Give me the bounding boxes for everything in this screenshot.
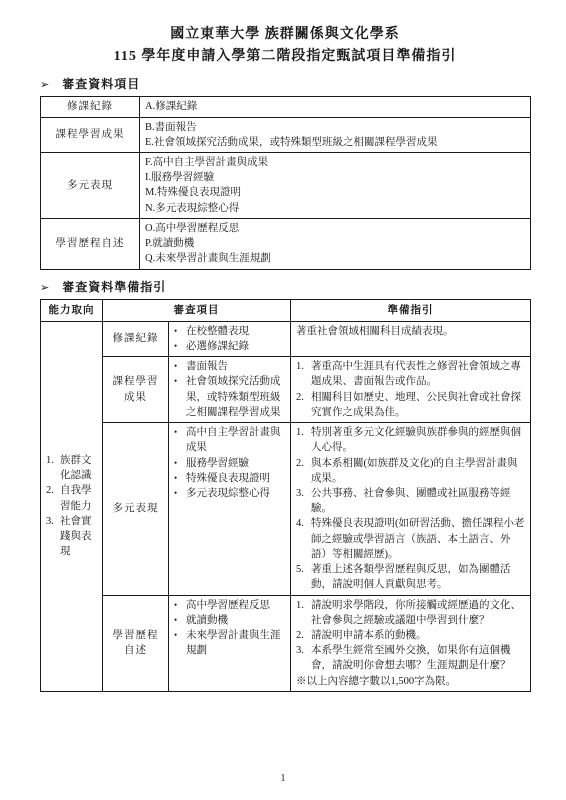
item-number: 5. — [296, 562, 311, 592]
items-cell: A.修課紀錄 — [140, 97, 531, 117]
review-item: • 多元表現綜整心得 — [174, 486, 285, 501]
review-items-cell: • 高中學習歷程反思 • 就讀動機 • 未來學習計畫與生涯規劃 — [169, 595, 291, 691]
review-item: • 就讀動機 — [174, 613, 285, 628]
items-cell: O.高中學習歷程反思 P.就讀動機 Q.未來學習計畫與生涯規劃 — [140, 218, 531, 269]
table-row: 課程學習 成果 • 書面報告 • 社會領域探究活動成果，或特殊類型班級之相關課程… — [41, 357, 531, 423]
bullet-icon: • — [174, 425, 186, 455]
section2-heading-text: 審查資料準備指引 — [62, 278, 166, 295]
review-items-table: 修課紀錄 A.修課紀錄 課程學習成果 B.書面報告 E.社會領域探究活動成果，或… — [40, 96, 531, 269]
category-cell: 修課紀錄 — [41, 97, 140, 117]
table-row: 學習歷程 自述 • 高中學習歷程反思 • 就讀動機 • 未來學習計畫與生涯規劃 — [41, 595, 531, 691]
review-item: M.特殊優良表現證明 — [145, 185, 525, 200]
ability-item: 1. 族群文化認識 — [46, 453, 99, 483]
item-number: 2. — [296, 628, 311, 643]
table-row: 修課紀錄 A.修課紀錄 — [41, 97, 531, 117]
item-number: 1. — [296, 425, 311, 455]
review-item: • 服務學習經驗 — [174, 456, 285, 471]
item-number: 2. — [296, 390, 311, 420]
category-cell: 學習歷程自述 — [41, 218, 140, 269]
guide-item: 3. 本系學生經常至國外交換，如果你有這個機會，請說明你會想去哪？生涯規劃是什麼… — [296, 643, 525, 673]
review-item: B.書面報告 — [145, 120, 525, 135]
ability-item: 3. 社會實踐與表現 — [46, 514, 99, 560]
ability-item: 2. 自我學習能力 — [46, 483, 99, 513]
ability-cell: 1. 族群文化認識 2. 自我學習能力 3. 社會實踐與表現 — [41, 321, 103, 691]
guide-cell: 著重社會領域相關科目成績表現。 — [291, 321, 531, 356]
items-cell: F.高中自主學習計畫與成果 I.服務學習經驗 M.特殊優良表現證明 N.多元表現… — [140, 153, 531, 219]
guide-cell: 1. 特別著重多元文化經驗與族群參與的經歷與個人心得。 2. 與本系相關(如族群… — [291, 423, 531, 595]
page-number: 1 — [0, 773, 566, 784]
header-guide: 準備指引 — [291, 299, 531, 321]
review-item: A.修課紀錄 — [145, 99, 525, 114]
guide-item: 4. 特殊優良表現證明(如研習活動、擔任課程小老師之經驗或學習語言（族語、本土語… — [296, 516, 525, 562]
document-page: 國立東華大學 族群關係與文化學系 115 學年度申請入學第二階段指定甄試項目準備… — [0, 0, 566, 800]
guide-item: 1. 請說明求學階段，你所接觸或經歷過的文化、社會參與之經驗或議題中學習到什麼？ — [296, 598, 525, 628]
header-review: 審查項目 — [103, 299, 291, 321]
arrow-icon: ➢ — [40, 281, 50, 294]
review-item: I.服務學習經驗 — [145, 170, 525, 185]
title-line-1: 國立東華大學 族群關係與文化學系 — [40, 24, 530, 46]
table-row: 學習歷程自述 O.高中學習歷程反思 P.就讀動機 Q.未來學習計畫與生涯規劃 — [41, 218, 531, 269]
review-items-cell: • 書面報告 • 社會領域探究活動成果，或特殊類型班級之相關課程學習成果 — [169, 357, 291, 423]
guide-item: 2. 請說明申請本系的動機。 — [296, 628, 525, 643]
review-item: • 書面報告 — [174, 359, 285, 374]
review-item: • 特殊優良表現證明 — [174, 471, 285, 486]
category-cell: 學習歷程 自述 — [103, 595, 169, 691]
bullet-icon: • — [174, 339, 186, 354]
bullet-icon: • — [174, 374, 186, 420]
review-item: P.就讀動機 — [145, 236, 525, 251]
bullet-icon: • — [174, 359, 186, 374]
section1-heading: ➢ 審查資料項目 — [40, 75, 530, 92]
document-title: 國立東華大學 族群關係與文化學系 115 學年度申請入學第二階段指定甄試項目準備… — [40, 24, 530, 67]
table-row: 1. 族群文化認識 2. 自我學習能力 3. 社會實踐與表現 修課紀錄 — [41, 321, 531, 356]
item-number: 3. — [46, 514, 60, 560]
review-item: • 在校整體表現 — [174, 324, 285, 339]
bullet-icon: • — [174, 456, 186, 471]
item-number: 1. — [46, 453, 60, 483]
preparation-guide-table: 能力取向 審查項目 準備指引 1. 族群文化認識 2. 自我學習能力 3. — [40, 299, 531, 692]
guide-item: 3. 公共事務、社會參與、團體或社區服務等經驗。 — [296, 486, 525, 516]
guide-cell: 1. 請說明求學階段，你所接觸或經歷過的文化、社會參與之經驗或議題中學習到什麼？… — [291, 595, 531, 691]
review-item: • 未來學習計畫與生涯規劃 — [174, 628, 285, 658]
review-item: F.高中自主學習計畫與成果 — [145, 155, 525, 170]
bullet-icon: • — [174, 613, 186, 628]
item-number: 1. — [296, 598, 311, 628]
category-cell: 課程學習 成果 — [103, 357, 169, 423]
guide-item: 2. 與本系相關(如族群及文化)的自主學習計畫與成果。 — [296, 456, 525, 486]
bullet-icon: • — [174, 628, 186, 658]
item-number: 2. — [296, 456, 311, 486]
guide-cell: 1. 著重高中生涯具有代表性之修習社會領域之專題成果、書面報告或作品。 2. 相… — [291, 357, 531, 423]
review-item: O.高中學習歷程反思 — [145, 221, 525, 236]
review-items-cell: • 高中自主學習計畫與成果 • 服務學習經驗 • 特殊優良表現證明 • 多元表現… — [169, 423, 291, 595]
category-cell: 多元表現 — [41, 153, 140, 219]
arrow-icon: ➢ — [40, 78, 50, 91]
section2-heading: ➢ 審查資料準備指引 — [40, 278, 530, 295]
table-row: 多元表現 • 高中自主學習計畫與成果 • 服務學習經驗 • 特殊優良表現證明 — [41, 423, 531, 595]
section1-heading-text: 審查資料項目 — [62, 75, 140, 92]
title-line-2: 115 學年度申請入學第二階段指定甄試項目準備指引 — [40, 46, 530, 68]
item-number: 4. — [296, 516, 311, 562]
category-cell: 課程學習成果 — [41, 117, 140, 152]
guide-item: 2. 相關科目如歷史、地理、公民與社會或社會探究實作之成果為佳。 — [296, 390, 525, 420]
bullet-icon: • — [174, 598, 186, 613]
review-item: • 高中學習歷程反思 — [174, 598, 285, 613]
bullet-icon: • — [174, 486, 186, 501]
guide-item: 著重社會領域相關科目成績表現。 — [296, 324, 525, 339]
review-item: Q.未來學習計畫與生涯規劃 — [145, 251, 525, 266]
item-number: 3. — [296, 486, 311, 516]
header-ability: 能力取向 — [41, 299, 103, 321]
table-row: 多元表現 F.高中自主學習計畫與成果 I.服務學習經驗 M.特殊優良表現證明 N… — [41, 153, 531, 219]
review-item: E.社會領域探究活動成果，或特殊類型班級之相關課程學習成果 — [145, 135, 525, 150]
review-item: • 社會領域探究活動成果，或特殊類型班級之相關課程學習成果 — [174, 374, 285, 420]
bullet-icon: • — [174, 471, 186, 486]
table-row: 課程學習成果 B.書面報告 E.社會領域探究活動成果，或特殊類型班級之相關課程學… — [41, 117, 531, 152]
guide-item: ※以上內容總字數以1,500字為限。 — [296, 674, 525, 689]
bullet-icon: • — [174, 324, 186, 339]
items-cell: B.書面報告 E.社會領域探究活動成果，或特殊類型班級之相關課程學習成果 — [140, 117, 531, 152]
guide-item: 1. 特別著重多元文化經驗與族群參與的經歷與個人心得。 — [296, 425, 525, 455]
review-item: N.多元表現綜整心得 — [145, 201, 525, 216]
item-number: 2. — [46, 483, 60, 513]
category-cell: 多元表現 — [103, 423, 169, 595]
table-header-row: 能力取向 審查項目 準備指引 — [41, 299, 531, 321]
review-item: • 必選修課紀錄 — [174, 339, 285, 354]
category-cell: 修課紀錄 — [103, 321, 169, 356]
review-items-cell: • 在校整體表現 • 必選修課紀錄 — [169, 321, 291, 356]
guide-item: 1. 著重高中生涯具有代表性之修習社會領域之專題成果、書面報告或作品。 — [296, 359, 525, 389]
item-number: 3. — [296, 643, 311, 673]
item-number: 1. — [296, 359, 311, 389]
review-item: • 高中自主學習計畫與成果 — [174, 425, 285, 455]
guide-item: 5. 著重上述各類學習歷程與反思，如為團體活動，請說明個人貢獻與思考。 — [296, 562, 525, 592]
